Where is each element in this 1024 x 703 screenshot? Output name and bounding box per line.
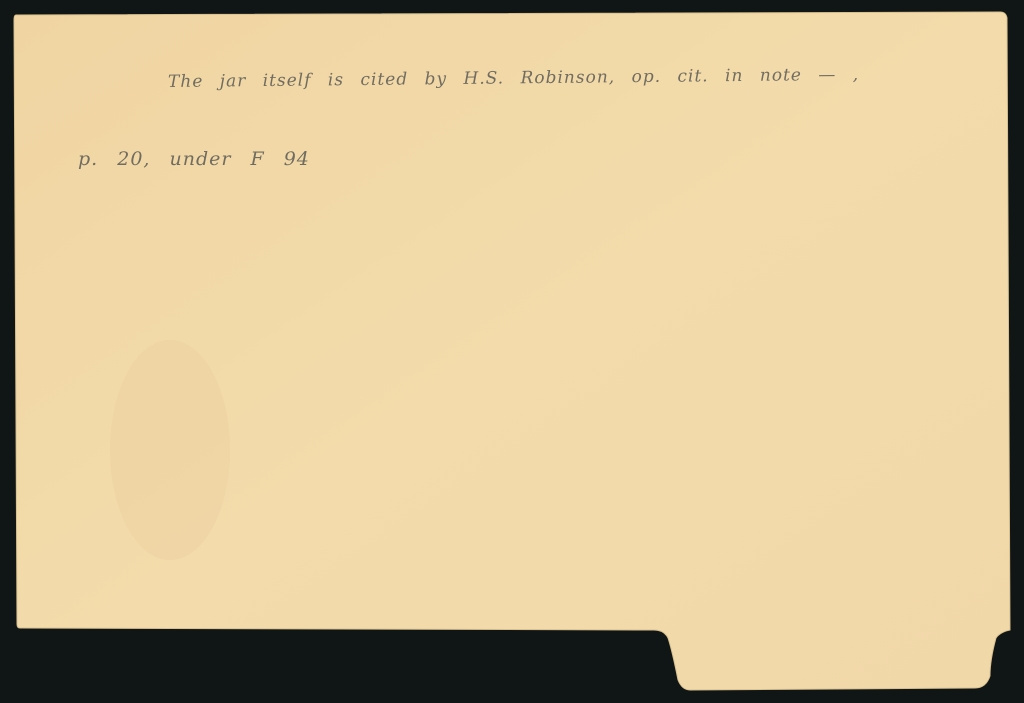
scan-background: The jar itself is cited by H.S. Robinson… bbox=[0, 0, 1024, 703]
index-card bbox=[0, 0, 1024, 703]
handwritten-note-line-2: p. 20, under F 94 bbox=[78, 148, 310, 170]
